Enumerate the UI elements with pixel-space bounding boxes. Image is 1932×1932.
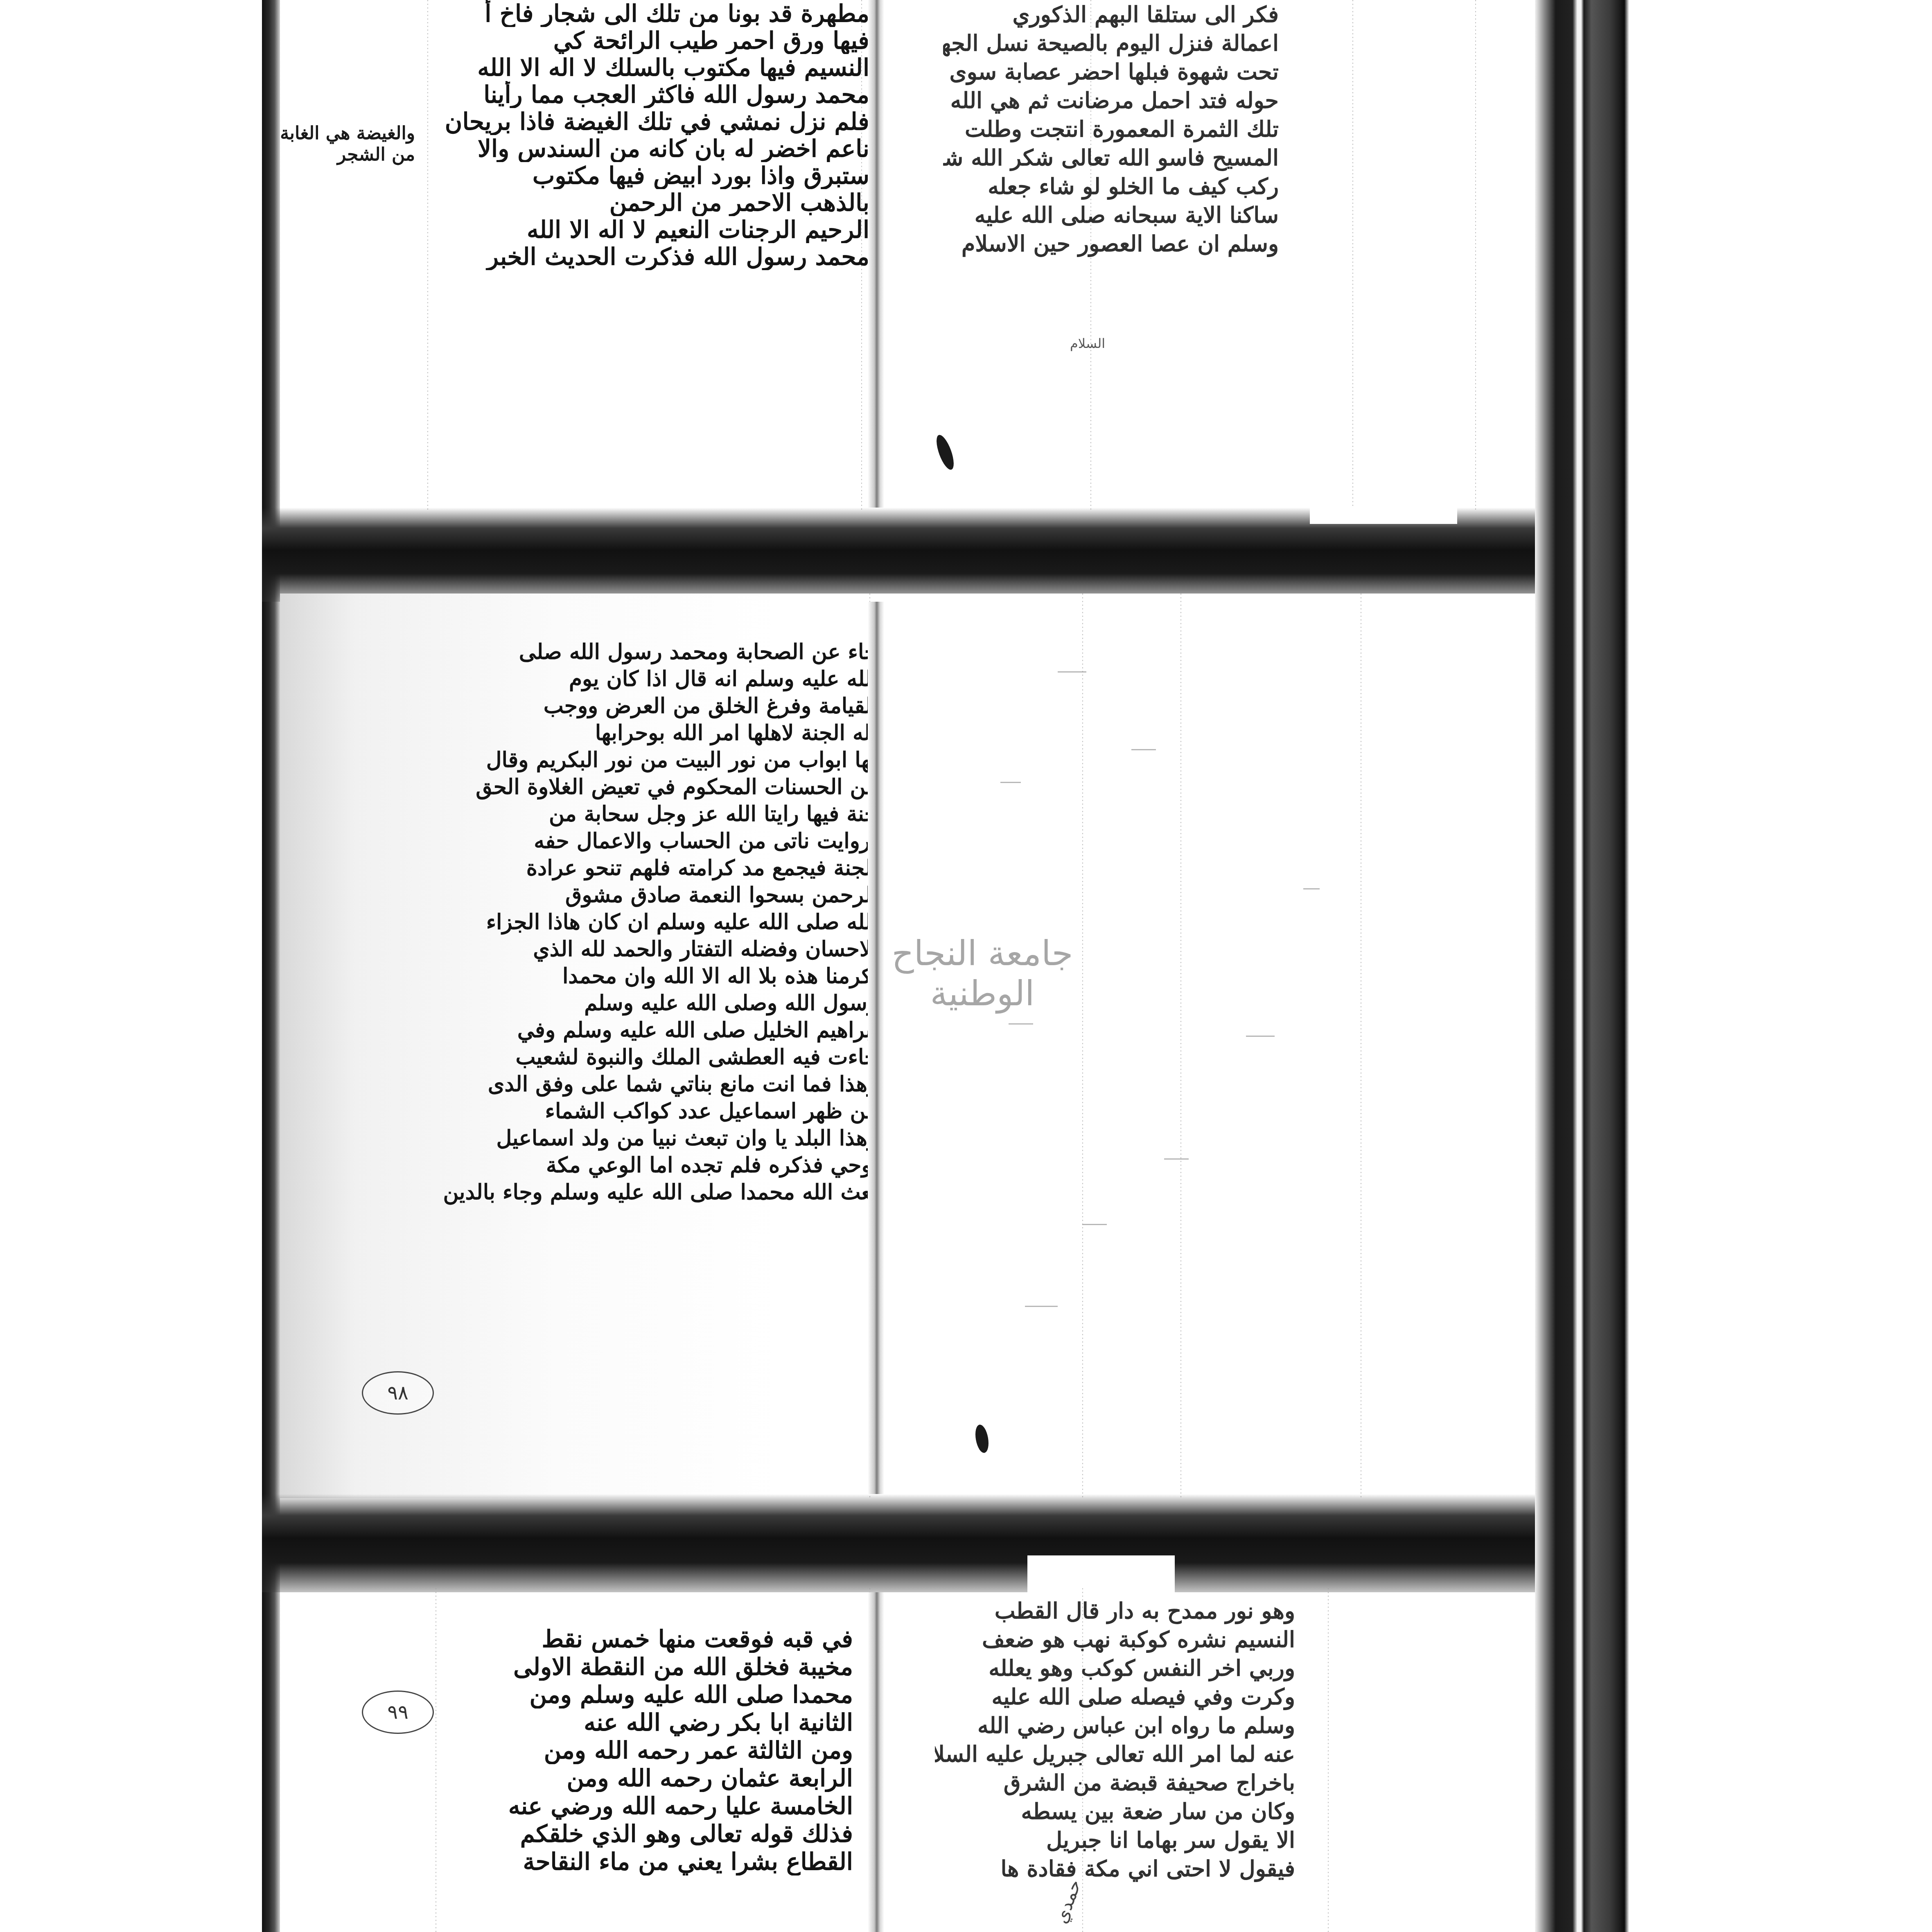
ruling-line (436, 1588, 436, 1932)
page-number: ٩٨ (362, 1371, 434, 1415)
band-notch (1310, 508, 1457, 524)
faint-trace (1303, 888, 1320, 889)
text-line: فلم نزل نمشي في تلك الغيضة فاذا بريحان (436, 108, 869, 135)
text-line: مطهرة قد بونا من تلك الى شجار فاخ أ (436, 0, 869, 27)
page-text-bottom-left: في قبه فوقعت منها خمس نقط مخيبة فخلق الل… (444, 1625, 853, 1876)
page-number: ٩٩ (362, 1690, 434, 1734)
ruling-line (1475, 0, 1476, 512)
text-line: لله الجنة لاهلها امر الله بوحرابها (436, 720, 878, 747)
text-line: الله صلى الله عليه وسلم ان كان هاذا الجز… (436, 909, 878, 936)
text-line: ناعم اخضر له بان كانه من السندس والا (436, 135, 869, 162)
faint-trace (1058, 671, 1086, 673)
text-line: المسيح فاسو الله تعالى شكر الله شراكه (943, 143, 1279, 172)
text-line: باخراج صحيفة قبضة من الشرق (935, 1768, 1295, 1797)
text-line: النسيم فيها مكتوب بالسلك لا اله الا الله (436, 54, 869, 81)
text-line: من الحسنات المحكوم في تعيض الغلاوة الحق (436, 774, 878, 801)
text-line: وهو نور ممدح به دار قال القطب (935, 1596, 1295, 1625)
text-line: فيقول لا احتى اني مكة فقادة ها (935, 1854, 1295, 1883)
text-line: وهذا فما انت مانع بناتي شما على وفق الدى (436, 1071, 878, 1098)
text-line: وكرت وفي فيصله صلى الله عليه (935, 1682, 1295, 1711)
text-line: ابراهيم الخليل صلى الله عليه وسلم وفي (436, 1017, 878, 1044)
text-line: ومن الثالثة عمر رحمه الله ومن (444, 1736, 853, 1764)
frame-top: والغيضة هي الغابة من الشجر مطهرة قد بونا… (280, 0, 1535, 512)
text-line: محمد رسول الله فذكرت الحديث الخبر (436, 243, 869, 270)
text-line: في قبه فوقعت منها خمس نقط (444, 1625, 853, 1653)
ruling-line (427, 0, 428, 512)
film-right-edge (1535, 0, 1629, 1932)
text-line: مخيبة فخلق الله من النقطة الاولى (444, 1653, 853, 1681)
text-line: من ظهر اسماعيل عدد كواكب الشماء (436, 1098, 878, 1125)
film-frame-separator (262, 1494, 1535, 1592)
faint-trace (1246, 1036, 1275, 1037)
text-line: ستبرق واذا بورد ابيض فيها مكتوب (436, 162, 869, 189)
text-line: بعث الله محمدا صلى الله عليه وسلم وجاء ب… (436, 1179, 878, 1206)
text-line: الا يقول سر بهاما انا جبريل (935, 1826, 1295, 1854)
text-line: فذلك قوله تعالى وهو الذي خلقكم (444, 1820, 853, 1848)
text-line: الله عليه وسلم انه قال اذا كان يوم (436, 666, 878, 693)
film-left-edge (262, 0, 280, 1932)
text-line: اعمالة فنزل اليوم بالصيحة نسل الجهد (943, 29, 1279, 57)
text-line: لها ابواب من نور البيت من نور البكريم وق… (436, 747, 878, 774)
text-line: حوله فتد احمل مرضانت ثم هي الله (943, 86, 1279, 115)
text-line: تلك الثمرة المعمورة انتجت وطلت (943, 115, 1279, 143)
text-line: جنة فيها رايتا الله عز وجل سحابة من (436, 801, 878, 828)
book-gutter (868, 1592, 884, 1932)
text-line: جاءت فيه العطشى الملك والنبوة لشعيب (436, 1044, 878, 1071)
text-line: جاء عن الصحابة ومحمد رسول الله صلى (436, 639, 878, 666)
text-line: القطاع بشرا يعني من ماء النقاحة (444, 1848, 853, 1876)
ink-blot (933, 433, 957, 472)
text-line: النسيم نشره كوكبة نهب هو ضعف (935, 1625, 1295, 1654)
text-line: بروايت ناتى من الحساب والاعمال حفه (436, 828, 878, 855)
catchword: السلام (1070, 336, 1105, 351)
text-line: بالذهب الاحمر من الرحمن (436, 189, 869, 216)
faint-trace (1131, 749, 1156, 750)
text-line: الجنة فيجمع مد كرامته فلهم تنحو عرادة (436, 855, 878, 882)
text-line: الرحمن بسحوا النعمة صادق مشوق (436, 882, 878, 909)
ruling-line (1082, 594, 1083, 1498)
text-line: فكر الى ستلقا البهم الذكوري (943, 0, 1279, 29)
text-line: القيامة وفرغ الخلق من العرض ووجب (436, 693, 878, 720)
text-line: الرحيم الرجنات النعيم لا اله الا الله (436, 216, 869, 243)
text-line: الاحسان وفضله التفتار والحمد لله الذي (436, 936, 878, 963)
text-line: محمد رسول الله فاكثر العجب مما رأينا (436, 81, 869, 108)
text-line: الخامسة عليا رحمه الله ورضي عنه (444, 1792, 853, 1820)
text-line: عنه لما امر الله تعالى جبريل عليه السلام (935, 1740, 1295, 1768)
text-line: اكرمنا هذه بلا اله الا الله وان محمدا (436, 963, 878, 990)
film-frame-separator (262, 508, 1535, 602)
frame-middle: ٩٨ جاء عن الصحابة ومحمد رسول الله صلى ال… (280, 594, 1535, 1498)
band-notch (1027, 1555, 1175, 1592)
ruling-line (1352, 0, 1353, 512)
text-line: وسلم ما رواه ابن عباس رضي الله (935, 1711, 1295, 1740)
book-gutter (868, 0, 884, 508)
text-line: فيها ورق احمر طيب الرائحة كي (436, 27, 869, 54)
text-line: ركب كيف ما الخلو لو شاء جعله (943, 172, 1279, 201)
text-line: وسلم ان عصا العصور حين الاسلام (943, 229, 1279, 258)
text-line: وهذا البلد يا وان تبعث نبيا من ولد اسماع… (436, 1125, 878, 1152)
faint-trace (1164, 1158, 1189, 1160)
text-line: تحت شهوة فبلها احضر عصابة سوى (943, 57, 1279, 86)
text-line: وكان من سار ضعة بين يسطه (935, 1797, 1295, 1826)
frame-bottom: ٩٩ في قبه فوقعت منها خمس نقط مخيبة فخلق … (280, 1588, 1535, 1932)
page-text-bottom-right: وهو نور ممدح به دار قال القطب النسيم نشر… (935, 1596, 1295, 1883)
text-line: الرابعة عثمان رحمه الله ومن (444, 1764, 853, 1792)
microfilm-strip: والغيضة هي الغابة من الشجر مطهرة قد بونا… (262, 0, 1629, 1932)
page-text-middle-left: جاء عن الصحابة ومحمد رسول الله صلى الله … (436, 639, 878, 1206)
university-watermark: جامعة النجاح الوطنية (839, 933, 1126, 1013)
ruling-line (1361, 594, 1361, 1498)
page-text-top-right: فكر الى ستلقا البهم الذكوري اعمالة فنزل … (943, 0, 1279, 258)
faint-trace (1009, 1023, 1033, 1025)
text-line: محمدا صلى الله عليه وسلم ومن (444, 1681, 853, 1709)
margin-note: والغيضة هي الغابة من الشجر (280, 123, 415, 165)
faint-trace (1025, 1306, 1058, 1307)
faint-trace (1000, 782, 1021, 783)
text-line: الثانية ابا بكر رضي الله عنه (444, 1709, 853, 1736)
faint-trace (1082, 1224, 1107, 1225)
text-line: اوحي فذكره فلم تجده اما الوعي مكة (436, 1152, 878, 1179)
ruling-line (1328, 1588, 1329, 1932)
text-line: ساكنا الاية سبحانه صلى الله عليه (943, 201, 1279, 229)
book-gutter (868, 602, 884, 1494)
ink-blot (973, 1424, 991, 1454)
text-line: وربي اخر النفس كوكب وهو يعلله (935, 1654, 1295, 1682)
text-line: رسول الله وصلى الله عليه وسلم (436, 990, 878, 1017)
ruling-line (1180, 594, 1181, 1498)
page-text-top-left: مطهرة قد بونا من تلك الى شجار فاخ أ فيها… (436, 0, 869, 270)
